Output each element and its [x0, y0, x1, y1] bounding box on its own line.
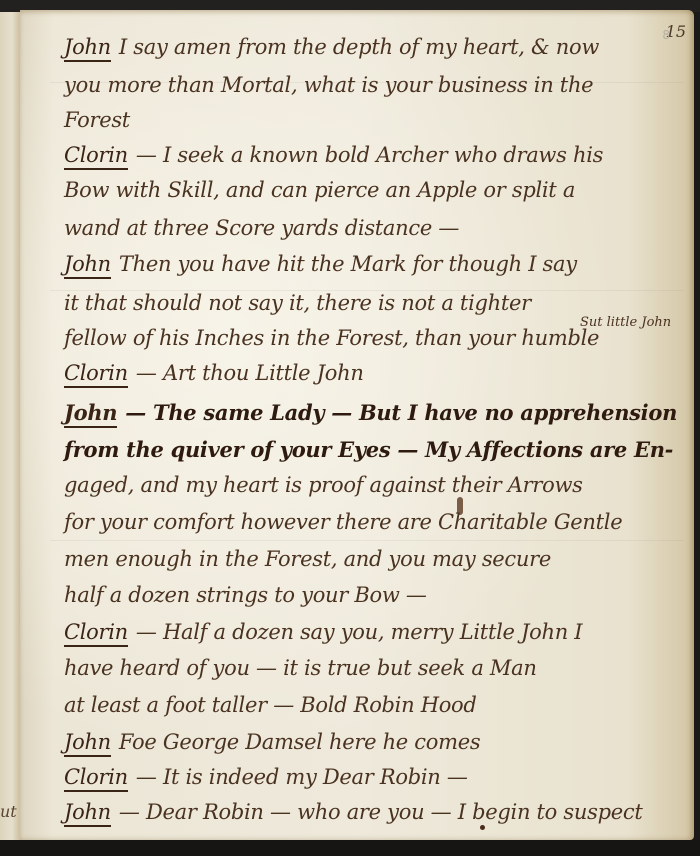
- scan-bottom-border: [0, 840, 700, 856]
- line-text: Bow with Skill, and can pierce an Apple …: [64, 178, 575, 202]
- line-text: — Dear Robin — who are you — I begin to …: [119, 800, 643, 824]
- line-text: Foe George Damsel here he comes: [119, 730, 480, 754]
- faint-rule: [50, 540, 684, 541]
- manuscript-page: 15 8 Sut little John JohnI say amen from…: [20, 10, 694, 840]
- line-text: men enough in the Forest, and you may se…: [64, 547, 551, 571]
- line-text: wand at three Score yards distance —: [64, 216, 459, 240]
- line-text: gaged, and my heart is proof against the…: [64, 473, 583, 497]
- manuscript-line: JohnFoe George Damsel here he comes: [64, 730, 480, 754]
- manuscript-line: John— The same Lady — But I have no appr…: [64, 400, 677, 425]
- manuscript-line: Clorin— I seek a known bold Archer who d…: [64, 143, 603, 167]
- line-text: for your comfort however there are Chari…: [64, 510, 622, 534]
- manuscript-line: men enough in the Forest, and you may se…: [64, 547, 551, 571]
- manuscript-line: John— Dear Robin — who are you — I begin…: [64, 800, 642, 824]
- manuscript-line: Clorin— Art thou Little John: [64, 361, 364, 385]
- manuscript-line: fellow of his Inches in the Forest, than…: [64, 326, 599, 350]
- speaker-name: Clorin: [64, 620, 128, 647]
- pencil-mark: 8: [662, 28, 670, 42]
- line-text: Then you have hit the Mark for though I …: [119, 252, 577, 276]
- manuscript-line: at least a foot taller — Bold Robin Hood: [64, 693, 477, 717]
- manuscript-line: it that should not say it, there is not …: [64, 291, 531, 315]
- manuscript-line: JohnI say amen from the depth of my hear…: [64, 35, 599, 59]
- manuscript-line: gaged, and my heart is proof against the…: [64, 473, 583, 497]
- line-text: I say amen from the depth of my heart, &…: [119, 35, 599, 59]
- line-text: have heard of you — it is true but seek …: [64, 656, 537, 680]
- manuscript-line: half a dozen strings to your Bow —: [64, 583, 427, 607]
- line-text: from the quiver of your Eyes — My Affect…: [64, 437, 673, 462]
- manuscript-line: Forest: [64, 108, 130, 132]
- line-text: fellow of his Inches in the Forest, than…: [64, 326, 599, 350]
- line-text: — Half a dozen say you, merry Little Joh…: [136, 620, 582, 644]
- manuscript-line: Clorin— It is indeed my Dear Robin —: [64, 765, 468, 789]
- line-text: it that should not say it, there is not …: [64, 291, 531, 315]
- manuscript-line: for your comfort however there are Chari…: [64, 510, 622, 534]
- speaker-name: John: [64, 252, 111, 279]
- ink-dot: [480, 825, 485, 830]
- line-text: Forest: [64, 108, 130, 132]
- line-text: — The same Lady — But I have no apprehen…: [125, 400, 677, 425]
- speaker-name: John: [64, 800, 111, 827]
- speaker-name: John: [64, 35, 111, 62]
- speaker-name: Clorin: [64, 143, 128, 170]
- manuscript-line: Bow with Skill, and can pierce an Apple …: [64, 178, 575, 202]
- manuscript-line: you more than Mortal, what is your busin…: [64, 73, 593, 97]
- manuscript-line: wand at three Score yards distance —: [64, 216, 459, 240]
- manuscript-line: Clorin— Half a dozen say you, merry Litt…: [64, 620, 582, 644]
- previous-page-fragment: ut: [0, 802, 20, 821]
- speaker-name: John: [64, 400, 117, 428]
- manuscript-line: from the quiver of your Eyes — My Affect…: [64, 437, 673, 462]
- line-text: — Art thou Little John: [136, 361, 364, 385]
- speaker-name: John: [64, 730, 111, 757]
- manuscript-line: JohnThen you have hit the Mark for thoug…: [64, 252, 577, 276]
- manuscript-line: have heard of you — it is true but seek …: [64, 656, 537, 680]
- line-text: at least a foot taller — Bold Robin Hood: [64, 693, 477, 717]
- line-text: — I seek a known bold Archer who draws h…: [136, 143, 603, 167]
- speaker-name: Clorin: [64, 361, 128, 388]
- line-text: half a dozen strings to your Bow —: [64, 583, 427, 607]
- previous-page-edge: ut: [0, 12, 21, 842]
- speaker-name: Clorin: [64, 765, 128, 792]
- line-text: — It is indeed my Dear Robin —: [136, 765, 468, 789]
- line-text: you more than Mortal, what is your busin…: [64, 73, 593, 97]
